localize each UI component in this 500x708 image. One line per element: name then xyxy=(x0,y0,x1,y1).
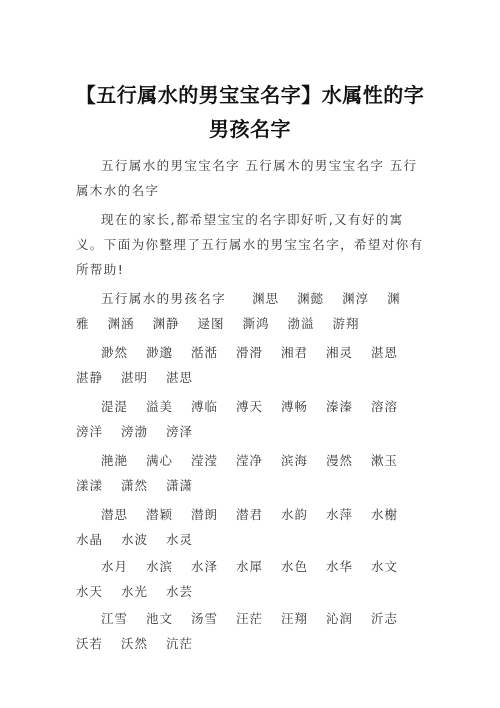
name-entry: 潇然 xyxy=(121,478,148,493)
name-entry: 澌鸿 xyxy=(243,316,270,331)
name-entry: 水华 xyxy=(326,559,353,574)
name-entry: 溥畅 xyxy=(281,399,308,414)
name-entry: 湛静 xyxy=(76,370,103,385)
name-entry: 沂志 xyxy=(371,611,398,626)
name-entry: 汪茫 xyxy=(236,611,263,626)
name-entry: 沆茫 xyxy=(166,636,193,651)
name-entry: 漱玉 xyxy=(371,453,398,468)
name-entry: 溶溶 xyxy=(371,399,398,414)
name-entry: 潜朗 xyxy=(191,507,218,522)
intro-paragraph: 五行属水的男宝宝名字 五行属木的男宝宝名字 五行属木水的名字 xyxy=(76,153,428,203)
name-entry: 水波 xyxy=(121,532,148,547)
name-entry: 滨海 xyxy=(281,453,308,468)
name-group: 潜思 潜颖 潜朗 潜君 水韵 水萍 水榭 水晶 水波 水灵 xyxy=(76,502,428,552)
name-entry: 潜思 xyxy=(101,507,128,522)
name-entry: 漾漾 xyxy=(76,478,103,493)
name-entry: 渊静 xyxy=(153,316,180,331)
section-label: 五行属水的男孩名字 xyxy=(101,291,226,306)
name-entry: 水泽 xyxy=(191,559,218,574)
name-entry: 潜君 xyxy=(236,507,263,522)
name-entry: 逯图 xyxy=(198,316,225,331)
name-group: 滟滟 满心 滢滢 滢净 滨海 漫然 漱玉 漾漾 潇然 潇潇 xyxy=(76,448,428,498)
name-entry: 游翔 xyxy=(333,316,360,331)
name-entry: 水榭 xyxy=(371,507,398,522)
name-entry: 池文 xyxy=(146,611,173,626)
name-entry: 漫然 xyxy=(326,453,353,468)
name-entry: 水色 xyxy=(281,559,308,574)
name-entry: 湜湜 xyxy=(101,399,128,414)
name-entry: 湛思 xyxy=(166,370,193,385)
name-entry: 江雪 xyxy=(101,611,128,626)
name-entry: 满心 xyxy=(146,453,173,468)
name-entry: 潇潇 xyxy=(166,478,193,493)
name-entry: 水芸 xyxy=(166,584,193,599)
name-entry: 渊懿 xyxy=(297,291,324,306)
name-entry: 溥临 xyxy=(191,399,218,414)
name-entry: 水月 xyxy=(101,559,128,574)
name-entry: 渺邈 xyxy=(146,345,173,360)
name-entry: 渺然 xyxy=(101,345,128,360)
name-entry: 汪翔 xyxy=(281,611,308,626)
name-entry: 滂泽 xyxy=(166,424,193,439)
name-entry: 滂渤 xyxy=(121,424,148,439)
name-entry: 水萍 xyxy=(326,507,353,522)
name-entry: 渊淳 xyxy=(342,291,369,306)
name-entry: 渊涵 xyxy=(108,316,135,331)
name-entry: 沃然 xyxy=(121,636,148,651)
name-entry: 滑滑 xyxy=(236,345,263,360)
document-page: 【五行属水的男宝宝名字】水属性的字男孩名字 五行属水的男宝宝名字 五行属木的男宝… xyxy=(0,0,500,708)
name-group: 渺然 渺邈 湉湉 滑滑 湘君 湘灵 湛恩 湛静 湛明 湛思 xyxy=(76,340,428,390)
name-entry: 滟滟 xyxy=(101,453,128,468)
name-entry: 溢美 xyxy=(146,399,173,414)
name-entry: 汤雪 xyxy=(191,611,218,626)
name-entry: 水灵 xyxy=(166,532,193,547)
name-group: 五行属水的男孩名字渊思 渊懿 渊淳 渊雅 渊涵 渊静 逯图 澌鸿 渤溢 游翔 xyxy=(76,286,428,336)
name-entry: 湘君 xyxy=(281,345,308,360)
name-group: 水月 水滨 水泽 水犀 水色 水华 水文 水天 水光 水芸 xyxy=(76,554,428,604)
name-entry: 水文 xyxy=(371,559,398,574)
name-entry: 滢净 xyxy=(236,453,263,468)
name-entry: 湛明 xyxy=(121,370,148,385)
name-entry: 沃若 xyxy=(76,636,103,651)
name-list: 五行属水的男孩名字渊思 渊懿 渊淳 渊雅 渊涵 渊静 逯图 澌鸿 渤溢 游翔 渺… xyxy=(76,286,428,656)
name-entry: 渤溢 xyxy=(288,316,315,331)
name-entry: 沁润 xyxy=(326,611,353,626)
name-entry: 溥天 xyxy=(236,399,263,414)
name-group: 江雪 池文 汤雪 汪茫 汪翔 沁润 沂志 沃若 沃然 沆茫 xyxy=(76,606,428,656)
description-text: 现在的家长,都希望宝宝的名字即好听,又有好的寓义。下面为你整理了五行属水的男宝宝… xyxy=(76,207,428,282)
name-entry: 溱溱 xyxy=(326,399,353,414)
name-entry: 滢滢 xyxy=(191,453,218,468)
name-entry: 湉湉 xyxy=(191,345,218,360)
name-entry: 渊思 xyxy=(252,291,279,306)
name-entry: 水犀 xyxy=(236,559,263,574)
description-paragraph: 现在的家长,都希望宝宝的名字即好听,又有好的寓义。下面为你整理了五行属水的男宝宝… xyxy=(76,207,428,282)
name-entry: 水滨 xyxy=(146,559,173,574)
intro-text: 五行属水的男宝宝名字 五行属木的男宝宝名字 五行属木水的名字 xyxy=(76,153,428,203)
name-entry: 湘灵 xyxy=(326,345,353,360)
name-entry: 水晶 xyxy=(76,532,103,547)
name-entry: 潜颖 xyxy=(146,507,173,522)
name-entry: 滂洋 xyxy=(76,424,103,439)
name-entry: 水天 xyxy=(76,584,103,599)
document-title: 【五行属水的男宝宝名字】水属性的字男孩名字 xyxy=(70,78,430,146)
name-group: 湜湜 溢美 溥临 溥天 溥畅 溱溱 溶溶 滂洋 滂渤 滂泽 xyxy=(76,394,428,444)
name-entry: 湛恩 xyxy=(371,345,398,360)
name-entry: 水韵 xyxy=(281,507,308,522)
name-entry: 水光 xyxy=(121,584,148,599)
